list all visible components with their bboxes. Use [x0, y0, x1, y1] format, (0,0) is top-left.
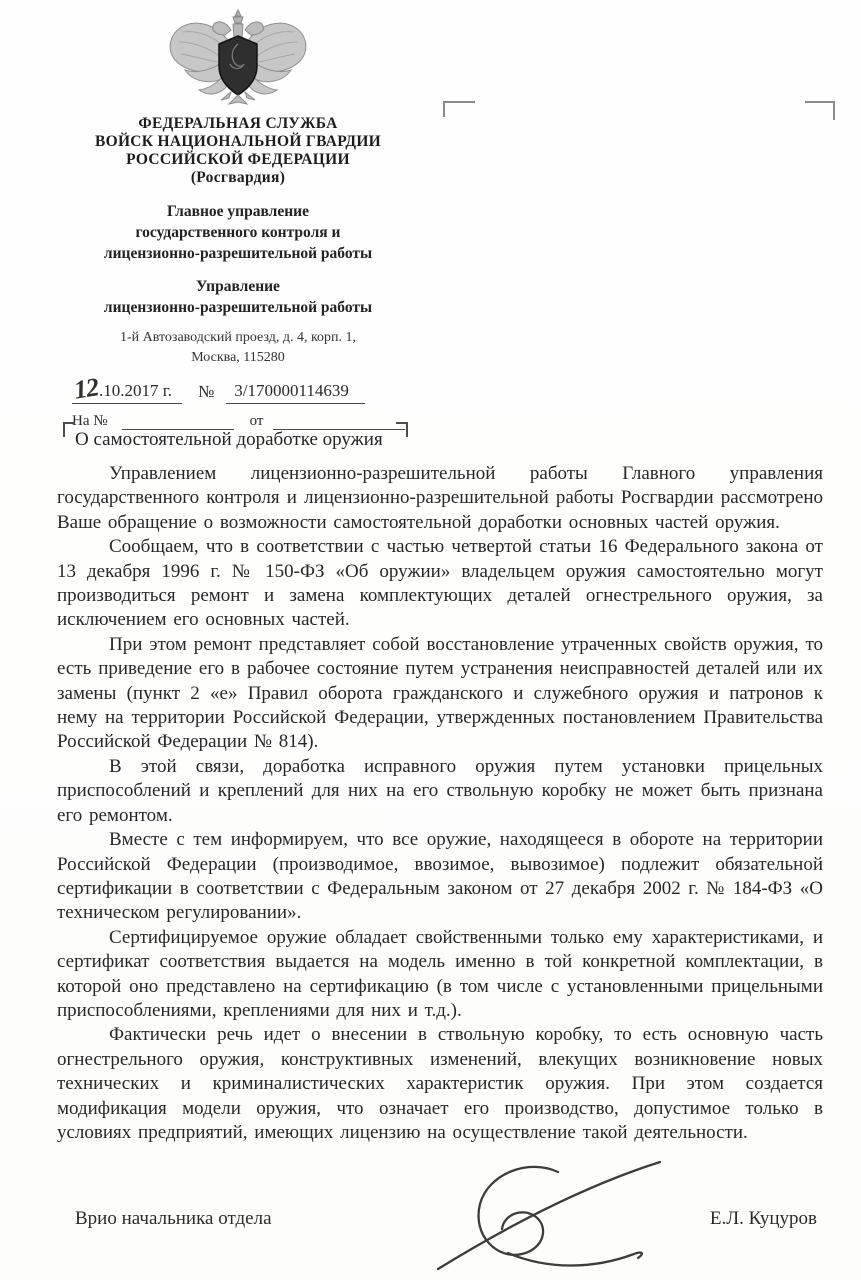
handwritten-signature	[408, 1156, 678, 1276]
body-paragraph: Сертифицируемое оружие обладает свойстве…	[57, 926, 823, 1024]
body-paragraph: При этом ремонт представляет собой восст…	[57, 633, 823, 755]
main-directorate-name: Главное управление государственного конт…	[38, 201, 438, 264]
outgoing-number-field: 3/170000114639	[226, 381, 365, 404]
signer-position-title: Врио начальника отдела	[75, 1208, 272, 1230]
org-line: ВОЙСК НАЦИОНАЛЬНОЙ ГВАРДИИ	[38, 133, 438, 151]
org-name: ФЕДЕРАЛЬНАЯ СЛУЖБА ВОЙСК НАЦИОНАЛЬНОЙ ГВ…	[38, 115, 438, 187]
body-paragraph: Управлением лицензионно-разрешительной р…	[57, 462, 823, 535]
scanned-letter-page: ФЕДЕРАЛЬНАЯ СЛУЖБА ВОЙСК НАЦИОНАЛЬНОЙ ГВ…	[0, 0, 861, 1280]
recipient-corner-mark-left	[443, 101, 475, 117]
signer-name: Е.Л. Куцуров	[710, 1208, 817, 1230]
rosgvardia-eagle-icon	[163, 8, 313, 111]
subject-corner-mark-right	[396, 422, 408, 437]
subject-corner-mark-left	[63, 422, 75, 437]
postal-address: 1-й Автозаводский проезд, д. 4, корп. 1,…	[38, 328, 438, 368]
org-line: (Росгвардия)	[38, 169, 438, 187]
outgoing-date-field: 12.10.2017 г.	[72, 378, 182, 404]
subject-line: О самостоятельной доработке оружия	[63, 422, 408, 451]
outgoing-date-number-row: 12.10.2017 г. № 3/170000114639	[72, 378, 438, 404]
date-printed-part: .10.2017 г.	[99, 381, 172, 400]
recipient-corner-mark-right	[805, 101, 835, 120]
org-line: ФЕДЕРАЛЬНАЯ СЛУЖБА	[38, 115, 438, 133]
number-sign: №	[198, 382, 214, 402]
subject-block: О самостоятельной доработке оружия	[63, 422, 408, 451]
body-paragraph: Сообщаем, что в соответствии с частью че…	[57, 535, 823, 633]
department-name: Управление лицензионно-разрешительной ра…	[38, 276, 438, 318]
org-line: РОССИЙСКОЙ ФЕДЕРАЦИИ	[38, 151, 438, 169]
body-paragraph: В этой связи, доработка исправного оружи…	[57, 755, 823, 828]
letter-body: Управлением лицензионно-разрешительной р…	[57, 462, 823, 1145]
body-paragraph: Вместе с тем информируем, что все оружие…	[57, 828, 823, 926]
handwritten-day: 12	[73, 377, 100, 401]
letterhead: ФЕДЕРАЛЬНАЯ СЛУЖБА ВОЙСК НАЦИОНАЛЬНОЙ ГВ…	[38, 8, 438, 430]
body-paragraph: Фактически речь идет о внесении в стволь…	[57, 1023, 823, 1145]
